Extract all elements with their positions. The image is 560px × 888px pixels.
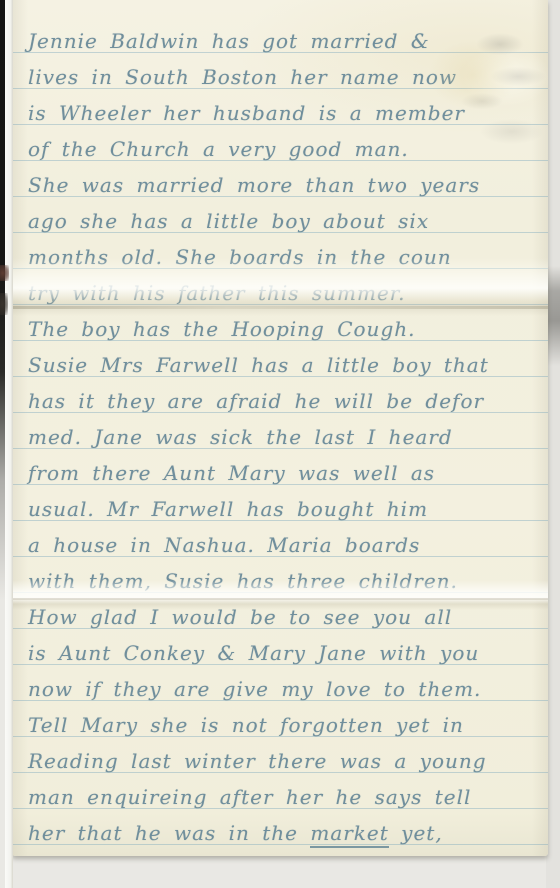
text-segment: man enquireing after her he says tell bbox=[28, 785, 471, 809]
text-segment: Susie Mrs Farwell has a little boy that bbox=[28, 353, 489, 377]
letter-line: is Aunt Conkey & Mary Jane with you bbox=[12, 629, 548, 665]
text-segment: months old. She boards in the coun bbox=[28, 245, 452, 269]
letter-line: The boy has the Hooping Cough. bbox=[12, 305, 548, 341]
text-segment: ago she has a little boy about six bbox=[28, 209, 429, 233]
text-segment: with them, Susie has three children. bbox=[28, 569, 458, 593]
letter-line-text: now if they are give my love to them. bbox=[28, 679, 481, 699]
letter-line: try with his father this summer. bbox=[12, 269, 548, 305]
letter-paper: Jennie Baldwin has got married &lives in… bbox=[12, 0, 548, 856]
scan-edge-light-strip bbox=[5, 0, 13, 888]
text-segment: her that he was in the bbox=[28, 821, 310, 845]
text-segment: Jennie Baldwin has got married & bbox=[28, 29, 430, 53]
scanner-background-strip bbox=[546, 0, 560, 888]
letter-line: Jennie Baldwin has got married & bbox=[12, 17, 548, 53]
text-segment: She was married more than two years bbox=[28, 173, 480, 197]
letter-line: of the Church a very good man. bbox=[12, 125, 548, 161]
letter-line: from there Aunt Mary was well as bbox=[12, 449, 548, 485]
text-segment: med. Jane was sick the last I heard bbox=[28, 425, 453, 449]
text-segment: usual. Mr Farwell has bought him bbox=[28, 497, 428, 521]
letter-line: Tell Mary she is not forgotten yet in bbox=[12, 701, 548, 737]
text-segment: is Aunt Conkey & Mary Jane with you bbox=[28, 641, 479, 665]
letter-line-text: The boy has the Hooping Cough. bbox=[28, 319, 415, 339]
letter-line-text: usual. Mr Farwell has bought him bbox=[28, 499, 428, 519]
letter-line-text: Susie Mrs Farwell has a little boy that bbox=[28, 355, 489, 375]
letter-line-text: Tell Mary she is not forgotten yet in bbox=[28, 715, 464, 735]
text-segment: yet, bbox=[389, 821, 443, 845]
letter-line-text: has it they are afraid he will be defor bbox=[28, 391, 484, 411]
letter-line: Susie Mrs Farwell has a little boy that bbox=[12, 341, 548, 377]
letter-line: is Wheeler her husband is a member bbox=[12, 89, 548, 125]
text-segment: a house in Nashua. Maria boards bbox=[28, 533, 420, 557]
scanned-letter-page: Jennie Baldwin has got married &lives in… bbox=[0, 0, 560, 888]
letter-line-text: a house in Nashua. Maria boards bbox=[28, 535, 420, 555]
letter-line: She was married more than two years bbox=[12, 161, 548, 197]
text-segment: The boy has the Hooping Cough. bbox=[28, 317, 415, 341]
letter-line: usual. Mr Farwell has bought him bbox=[12, 485, 548, 521]
letter-line: months old. She boards in the coun bbox=[12, 233, 548, 269]
letter-line: her that he was in the market yet, bbox=[12, 809, 548, 845]
edge-smudge-mark bbox=[0, 293, 8, 315]
letter-line-text: She was married more than two years bbox=[28, 175, 480, 195]
letter-line-text: ago she has a little boy about six bbox=[28, 211, 429, 231]
letter-line: Reading last winter there was a young bbox=[12, 737, 548, 773]
letter-line: with them, Susie has three children. bbox=[12, 557, 548, 593]
letter-line-text: lives in South Boston her name now bbox=[28, 67, 457, 87]
letter-line-text: try with his father this summer. bbox=[28, 283, 406, 303]
text-segment: now if they are give my love to them. bbox=[28, 677, 481, 701]
letter-line-text: man enquireing after her he says tell bbox=[28, 787, 471, 807]
letter-line-text: med. Jane was sick the last I heard bbox=[28, 427, 453, 447]
text-segment: try with his father this summer. bbox=[28, 281, 406, 305]
letter-line: lives in South Boston her name now bbox=[12, 53, 548, 89]
letter-line: How glad I would be to see you all bbox=[12, 593, 548, 629]
letter-line: now if they are give my love to them. bbox=[12, 665, 548, 701]
text-segment: lives in South Boston her name now bbox=[28, 65, 457, 89]
letter-line-text: is Aunt Conkey & Mary Jane with you bbox=[28, 643, 479, 663]
letter-line-text: Reading last winter there was a young bbox=[28, 751, 487, 771]
text-segment: from there Aunt Mary was well as bbox=[28, 461, 435, 485]
letter-line-text: is Wheeler her husband is a member bbox=[28, 103, 465, 123]
letter-line: a house in Nashua. Maria boards bbox=[12, 521, 548, 557]
underlined-word: market bbox=[310, 821, 388, 848]
text-segment: is Wheeler her husband is a member bbox=[28, 101, 465, 125]
text-segment: Reading last winter there was a young bbox=[28, 749, 487, 773]
letter-line-text: of the Church a very good man. bbox=[28, 139, 409, 159]
text-segment: How glad I would be to see you all bbox=[28, 605, 452, 629]
text-segment: has it they are afraid he will be defor bbox=[28, 389, 484, 413]
text-segment: of the Church a very good man. bbox=[28, 137, 409, 161]
letter-line-text: months old. She boards in the coun bbox=[28, 247, 452, 267]
letter-line: med. Jane was sick the last I heard bbox=[12, 413, 548, 449]
letter-line: has it they are afraid he will be defor bbox=[12, 377, 548, 413]
letter-line-text: her that he was in the market yet, bbox=[28, 823, 443, 843]
letter-body: Jennie Baldwin has got married &lives in… bbox=[12, 17, 548, 845]
edge-smudge-mark bbox=[0, 265, 9, 281]
letter-line-text: How glad I would be to see you all bbox=[28, 607, 452, 627]
letter-line: ago she has a little boy about six bbox=[12, 197, 548, 233]
letter-line-text: Jennie Baldwin has got married & bbox=[28, 31, 430, 51]
letter-line: man enquireing after her he says tell bbox=[12, 773, 548, 809]
letter-line-text: with them, Susie has three children. bbox=[28, 571, 458, 591]
text-segment: Tell Mary she is not forgotten yet in bbox=[28, 713, 464, 737]
letter-line-text: from there Aunt Mary was well as bbox=[28, 463, 435, 483]
